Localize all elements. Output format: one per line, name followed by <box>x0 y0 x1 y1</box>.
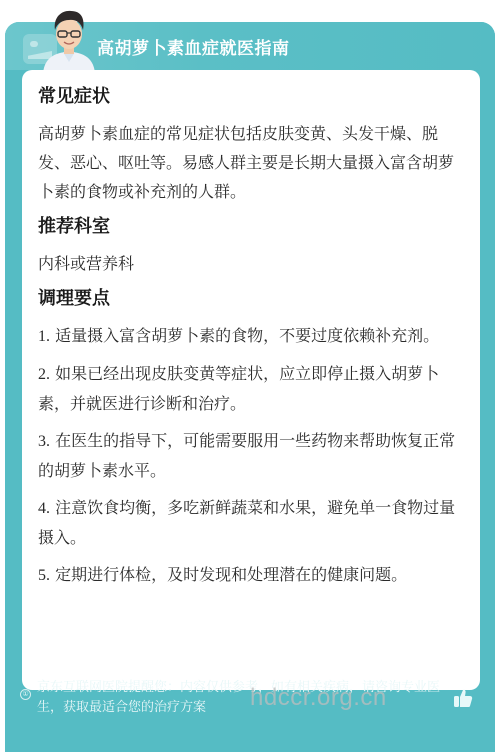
doctor-avatar <box>35 6 103 76</box>
content-panel: 常见症状 高胡萝卜素血症的常见症状包括皮肤变黄、头发干燥、脱发、恶心、呕吐等。易… <box>22 70 480 690</box>
care-item: 2. 如果已经出现皮肤变黄等症状，应立即停止摄入胡萝卜素，并就医进行诊断和治疗。 <box>38 359 464 418</box>
disclaimer-text: 京东互联网医院提醒您：内容仅供参考，如有相关疾病，请咨询专业医生，获取最适合您的… <box>37 678 457 718</box>
section-title-department: 推荐科室 <box>38 214 464 240</box>
footer: ① 京东互联网医院提醒您：内容仅供参考，如有相关疾病，请咨询专业医生，获取最适合… <box>17 676 475 726</box>
care-item: 3. 在医生的指导下，可能需要服用一些药物来帮助恢复正常的胡萝卜素水平。 <box>38 426 464 485</box>
section-title-care: 调理要点 <box>38 286 464 312</box>
thumbs-up-icon[interactable] <box>453 688 473 708</box>
section-title-symptoms: 常见症状 <box>38 84 464 110</box>
symptoms-text: 高胡萝卜素血症的常见症状包括皮肤变黄、头发干燥、脱发、恶心、呕吐等。易感人群主要… <box>38 119 464 206</box>
care-item: 4. 注意饮食均衡，多吃新鲜蔬菜和水果，避免单一食物过量摄入。 <box>38 493 464 552</box>
care-item: 5. 定期进行体检，及时发现和处理潜在的健康问题。 <box>38 560 464 590</box>
care-item: 1. 适量摄入富含胡萝卜素的食物，不要过度依赖补充剂。 <box>38 321 464 351</box>
info-icon: ① <box>20 689 31 700</box>
watermark: hdccr.org.cn <box>250 684 387 712</box>
department-text: 内科或营养科 <box>38 249 464 278</box>
guide-card: 高胡萝卜素血症就医指南 常见症状 高胡萝卜素血症的常见症状包括皮肤变黄、头发干燥… <box>5 22 495 752</box>
page-title: 高胡萝卜素血症就医指南 <box>97 34 290 59</box>
